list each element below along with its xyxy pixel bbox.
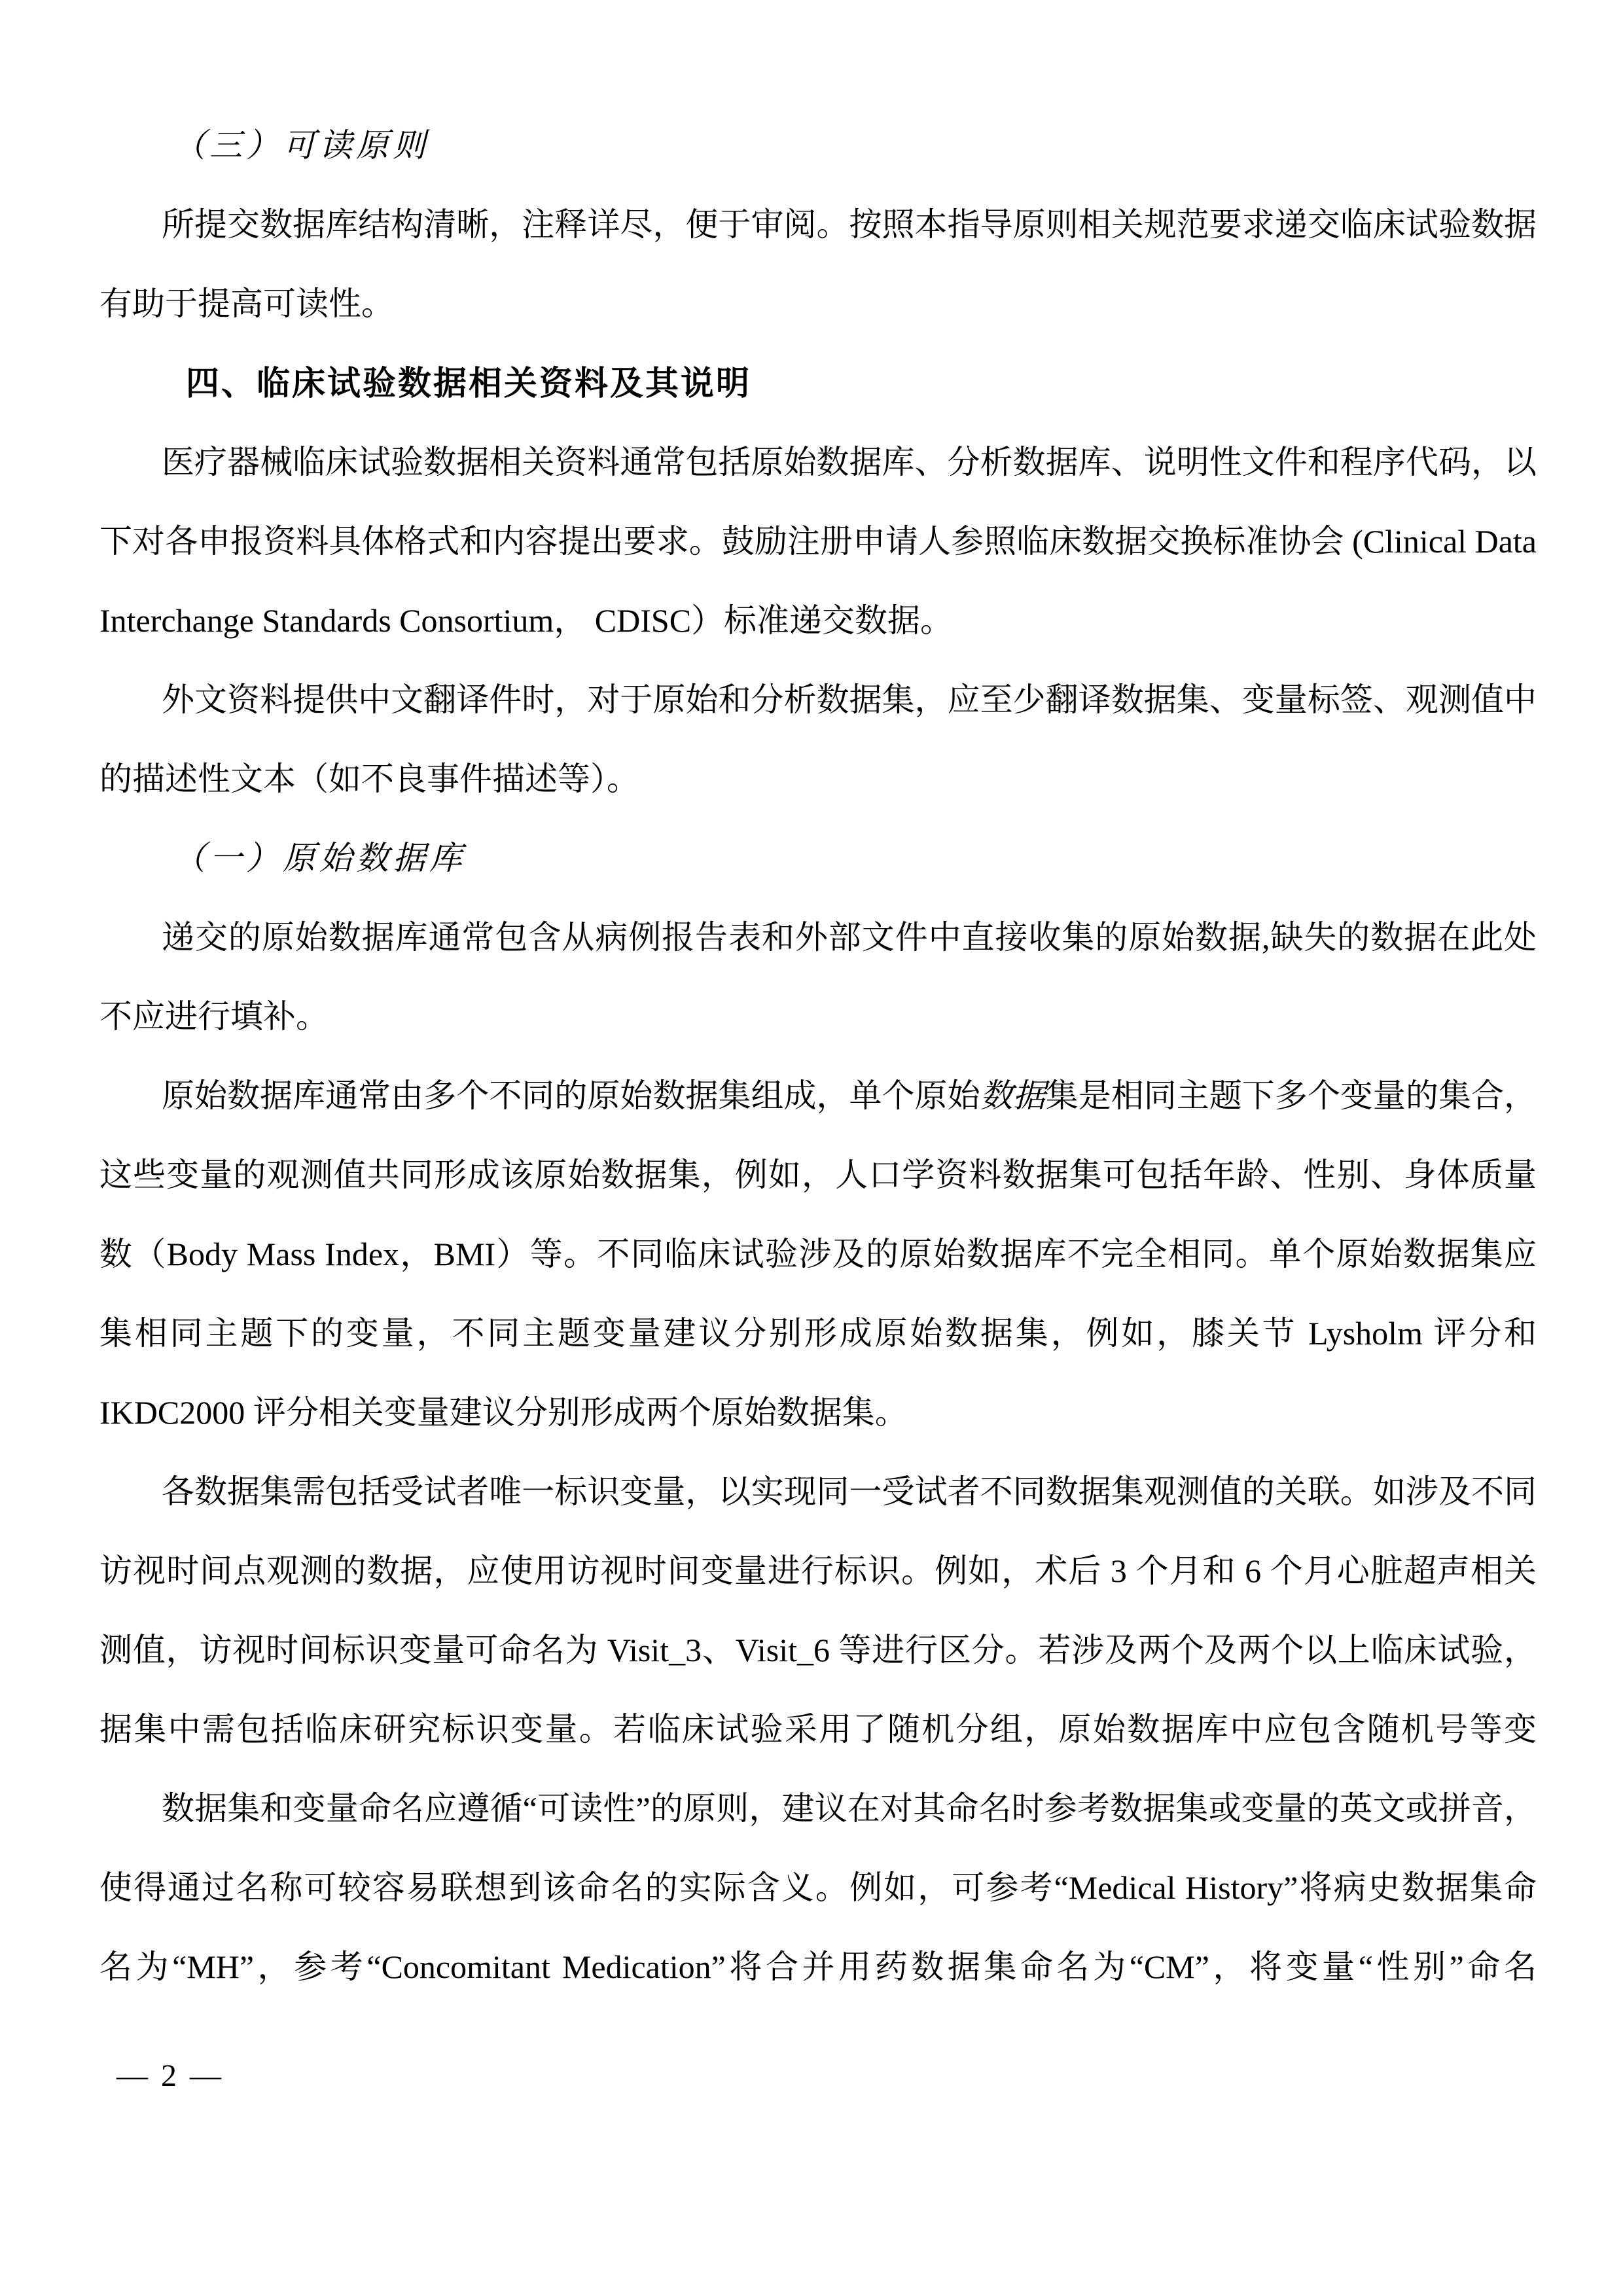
- text-run: 的描述性文本（如不良事件描述等）。: [99, 761, 639, 797]
- kai-text-run: 数据: [980, 1077, 1046, 1114]
- text-line: 数（Body Mass Index，BMI）等。不同临床试验涉及的原始数据库不完…: [99, 1215, 1537, 1294]
- text-run: 数据集和变量命名应遵循“可读性”的原则，建议在对其命名时参考数据集或变量的英文或…: [162, 1790, 1537, 1827]
- section-heading: （三）可读原则: [99, 106, 1537, 185]
- section-heading: （一）原始数据库: [99, 819, 1537, 898]
- text-line: 测值，访视时间标识变量可命名为 Visit_3、Visit_6 等进行区分。若涉…: [99, 1611, 1537, 1690]
- section-heading: 四、临床试验数据相关资料及其说明: [99, 344, 1537, 423]
- text-line: 名为“MH”，参考“Concomitant Medication”将合并用药数据…: [99, 1928, 1537, 2007]
- text-run: 集相同主题下的变量，不同主题变量建议分别形成原始数据集，例如，膝关节 Lysho…: [99, 1315, 1537, 1352]
- text-line: 外文资料提供中文翻译件时，对于原始和分析数据集，应至少翻译数据集、变量标签、观测…: [99, 660, 1537, 740]
- text-run: 外文资料提供中文翻译件时，对于原始和分析数据集，应至少翻译数据集、变量标签、观测…: [162, 681, 1537, 718]
- text-run: 这些变量的观测值共同形成该原始数据集，例如，人口学资料数据集可包括年龄、性别、身…: [99, 1157, 1537, 1215]
- text-run: 下对各申报资料具体格式和内容提出要求。鼓励注册申请人参照临床数据交换标准协会 (…: [99, 523, 1537, 560]
- text-run: IKDC2000 评分相关变量建议分别形成两个原始数据集。: [99, 1394, 908, 1431]
- text-line: 这些变量的观测值共同形成该原始数据集，例如，人口学资料数据集可包括年龄、性别、身…: [99, 1136, 1537, 1215]
- text-run: 有助于提高可读性。: [99, 285, 394, 322]
- text-run: 数（Body Mass Index，BMI）等。不同临床试验涉及的原始数据库不完…: [99, 1236, 1537, 1294]
- text-line: 所提交数据库结构清晰，注释详尽，便于审阅。按照本指导原则相关规范要求递交临床试验…: [99, 185, 1537, 264]
- text-line: 使得通过名称可较容易联想到该命名的实际含义。例如，可参考“Medical His…: [99, 1848, 1537, 1928]
- page-number: — 2 —: [116, 2056, 224, 2096]
- text-run: 所提交数据库结构清晰，注释详尽，便于审阅。按照本指导原则相关规范要求递交临床试验…: [162, 206, 1537, 243]
- text-run: 测值，访视时间标识变量可命名为 Visit_3、Visit_6 等进行区分。若涉…: [99, 1632, 1537, 1690]
- text-run: Interchange Standards Consortium， CDISC）…: [99, 602, 953, 639]
- text-line: 医疗器械临床试验数据相关资料通常包括原始数据库、分析数据库、说明性文件和程序代码…: [99, 423, 1537, 502]
- text-run: 四、临床试验数据相关资料及其说明: [186, 365, 751, 402]
- text-run: 各数据集需包括受试者唯一标识变量，以实现同一受试者不同数据集观测值的关联。如涉及…: [162, 1473, 1537, 1510]
- text-run: 原始数据库通常由多个不同的原始数据集组成，单个原始: [162, 1077, 980, 1114]
- text-run: 使得通过名称可较容易联想到该命名的实际含义。例如，可参考“Medical His…: [99, 1869, 1537, 1906]
- text-line: 访视时间点观测的数据，应使用访视时间变量进行标识。例如，术后 3 个月和 6 个…: [99, 1532, 1537, 1611]
- document-page: （三）可读原则所提交数据库结构清晰，注释详尽，便于审阅。按照本指导原则相关规范要…: [0, 0, 1623, 2296]
- text-line: 有助于提高可读性。: [99, 264, 1537, 344]
- text-line: Interchange Standards Consortium， CDISC）…: [99, 581, 1537, 660]
- text-run: （一）原始数据库: [173, 840, 466, 876]
- text-line: 各数据集需包括受试者唯一标识变量，以实现同一受试者不同数据集观测值的关联。如涉及…: [99, 1452, 1537, 1532]
- text-line: 数据集和变量命名应遵循“可读性”的原则，建议在对其命名时参考数据集或变量的英文或…: [99, 1769, 1537, 1848]
- text-run: 据集中需包括临床研究标识变量。若临床试验采用了随机分组，原始数据库中应包含随机号…: [99, 1711, 1537, 1769]
- text-run: 集是相同主题下多个变量的集合，: [1046, 1077, 1537, 1114]
- text-line: 的描述性文本（如不良事件描述等）。: [99, 740, 1537, 819]
- text-line: 下对各申报资料具体格式和内容提出要求。鼓励注册申请人参照临床数据交换标准协会 (…: [99, 502, 1537, 581]
- text-line: IKDC2000 评分相关变量建议分别形成两个原始数据集。: [99, 1373, 1537, 1452]
- text-run: 递交的原始数据库通常包含从病例报告表和外部文件中直接收集的原始数据,缺失的数据在…: [162, 919, 1537, 956]
- text-line: 原始数据库通常由多个不同的原始数据集组成，单个原始数据集是相同主题下多个变量的集…: [99, 1056, 1537, 1136]
- text-run: （三）可读原则: [173, 127, 429, 164]
- text-run: 访视时间点观测的数据，应使用访视时间变量进行标识。例如，术后 3 个月和 6 个…: [99, 1552, 1537, 1611]
- text-line: 不应进行填补。: [99, 977, 1537, 1056]
- text-line: 据集中需包括临床研究标识变量。若临床试验采用了随机分组，原始数据库中应包含随机号…: [99, 1690, 1537, 1769]
- document-body: （三）可读原则所提交数据库结构清晰，注释详尽，便于审阅。按照本指导原则相关规范要…: [99, 0, 1537, 2007]
- text-run: 医疗器械临床试验数据相关资料通常包括原始数据库、分析数据库、说明性文件和程序代码…: [162, 444, 1537, 480]
- text-line: 递交的原始数据库通常包含从病例报告表和外部文件中直接收集的原始数据,缺失的数据在…: [99, 898, 1537, 977]
- text-line: 集相同主题下的变量，不同主题变量建议分别形成原始数据集，例如，膝关节 Lysho…: [99, 1294, 1537, 1373]
- text-run: 名为“MH”，参考“Concomitant Medication”将合并用药数据…: [99, 1948, 1537, 1985]
- text-run: 不应进行填补。: [99, 998, 329, 1035]
